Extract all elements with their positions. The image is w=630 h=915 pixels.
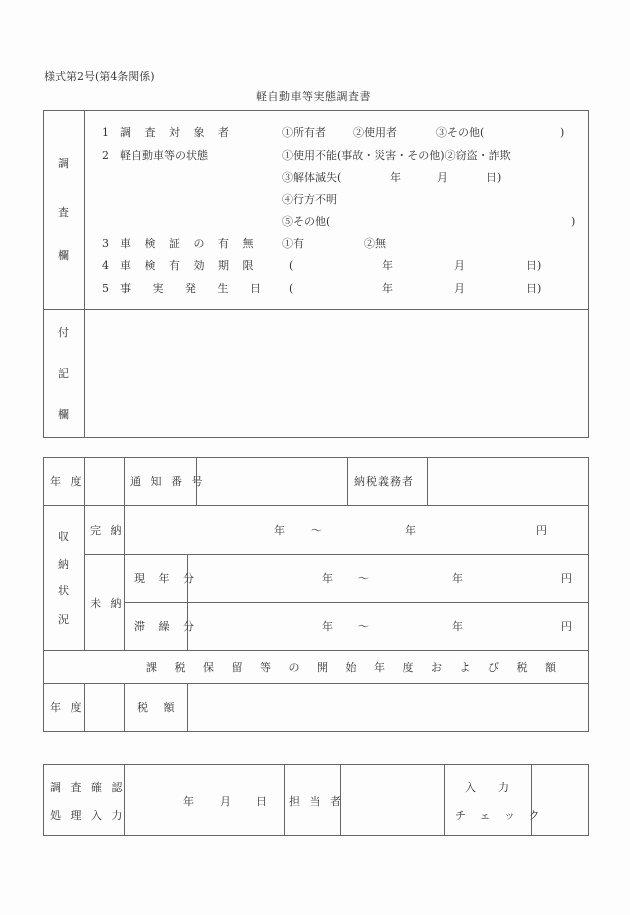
expiry-day: 日) [526, 260, 541, 271]
divider [124, 602, 589, 603]
dismantled-month: 月 [437, 172, 448, 183]
option-unusable[interactable]: ①使用不能(事故・災害・その他)②窃盗・詐欺 [282, 150, 511, 161]
current-tilde: ～ [358, 573, 369, 584]
notice-number-field[interactable] [198, 459, 345, 503]
arrears-yen: 円 [561, 621, 572, 632]
divider [124, 457, 125, 650]
current-from-year: 年 [322, 573, 333, 584]
taxpayer-field[interactable] [429, 459, 586, 503]
paid-yen: 円 [536, 525, 547, 536]
survey-side-label-2: 査 [58, 207, 69, 218]
processing-label-line1: 調 査 確 認 [50, 782, 126, 793]
option-missing[interactable]: ④行方不明 [282, 194, 337, 205]
survey-side-label-3: 欄 [58, 250, 69, 261]
option-other-state[interactable]: ⑤その他( [282, 216, 330, 227]
expiry-month: 月 [454, 260, 465, 271]
occurrence-open: ( [289, 283, 293, 294]
arrears-to-year: 年 [452, 621, 463, 632]
item-1-number: 1 [102, 127, 109, 138]
processing-date-day: 日 [256, 796, 267, 807]
occurrence-month: 月 [454, 283, 465, 294]
unpaid-label: 未 納 [90, 598, 125, 609]
tax-amount-field[interactable] [189, 685, 586, 730]
reservation-heading: 課 税 保 留 等 の 開 始 年 度 お よ び 税 額 [146, 662, 563, 673]
item-5-number: 5 [102, 283, 109, 294]
processing-date-year: 年 [183, 796, 194, 807]
document-title: 軽自動車等実態調査書 [256, 88, 371, 104]
tax-amount-label: 税 額 [137, 702, 181, 713]
dismantled-year: 年 [390, 172, 401, 183]
item-3-number: 3 [102, 238, 109, 249]
notice-number-label: 通 知 番 号 [130, 476, 206, 487]
item-4-number: 4 [102, 260, 109, 271]
divider [531, 764, 532, 836]
expiry-year: 年 [382, 260, 393, 271]
divider [427, 457, 428, 505]
current-year-label: 現 年 分 [134, 573, 199, 584]
item-2-number: 2 [102, 150, 109, 161]
paid-label: 完 納 [90, 525, 125, 536]
option-no-inspection[interactable]: ②無 [364, 238, 386, 249]
option-other-close: ) [560, 127, 564, 138]
input-check-line1: 入 力 [465, 782, 509, 793]
paid-tilde: ～ [311, 525, 322, 536]
paid-to-year: 年 [405, 525, 416, 536]
input-check-line2: チ ェ ッ ク [455, 810, 545, 821]
divider [124, 764, 125, 836]
dismantled-day: 日) [486, 172, 501, 183]
divider [84, 554, 589, 555]
collection-label-1: 収 [58, 531, 69, 542]
option-other[interactable]: ③その他( [436, 127, 484, 138]
collection-label-4: 況 [58, 614, 69, 625]
option-other-state-close: ) [571, 216, 575, 227]
input-check-field[interactable] [533, 766, 586, 834]
divider [43, 650, 589, 651]
year-label: 年 度 [50, 476, 85, 487]
notes-side-label-1: 付 [58, 327, 69, 338]
notes-side-label-3: 欄 [58, 409, 69, 420]
divider [187, 683, 188, 732]
item-5-label: 事 実 発 生 日 [120, 283, 270, 294]
divider [84, 110, 85, 438]
option-user[interactable]: ②使用者 [353, 127, 397, 138]
person-in-charge-label: 担 当 者 [289, 796, 344, 807]
divider [43, 309, 589, 310]
survey-side-label-1: 調 [58, 158, 69, 169]
taxpayer-label: 納税義務者 [354, 476, 414, 487]
collection-label-2: 納 [58, 559, 69, 570]
form-number: 様式第2号(第4条関係) [44, 68, 155, 84]
arrears-label: 滞 繰 分 [134, 621, 199, 632]
current-yen: 円 [561, 573, 572, 584]
item-1-label: 調 査 対 象 者 [120, 127, 234, 138]
option-has-inspection[interactable]: ①有 [282, 238, 304, 249]
notes-field[interactable] [86, 311, 586, 435]
year-field[interactable] [86, 459, 122, 503]
option-dismantled[interactable]: ③解体滅失( [282, 172, 341, 183]
processing-date-month: 月 [220, 796, 231, 807]
divider [444, 764, 445, 836]
paid-from-year: 年 [274, 525, 285, 536]
divider [124, 683, 125, 732]
divider [284, 764, 285, 836]
occurrence-day: 日) [526, 283, 541, 294]
item-2-label: 軽自動車等の状態 [120, 150, 208, 161]
item-4-label: 車 検 有 効 期 限 [120, 260, 258, 271]
reservation-year-field[interactable] [86, 685, 122, 730]
notes-side-label-2: 記 [58, 368, 69, 379]
person-in-charge-field[interactable] [342, 766, 442, 834]
item-3-label: 車 検 証 の 有 無 [120, 238, 258, 249]
reservation-year-label: 年 度 [50, 702, 85, 713]
expiry-open: ( [289, 260, 293, 271]
processing-label-line2: 処 理 入 力 [50, 810, 126, 821]
current-to-year: 年 [452, 573, 463, 584]
arrears-tilde: ～ [358, 621, 369, 632]
occurrence-year: 年 [382, 283, 393, 294]
collection-label-3: 状 [58, 585, 69, 596]
divider [187, 554, 188, 650]
divider [347, 457, 348, 505]
arrears-from-year: 年 [322, 621, 333, 632]
option-owner[interactable]: ①所有者 [282, 127, 326, 138]
